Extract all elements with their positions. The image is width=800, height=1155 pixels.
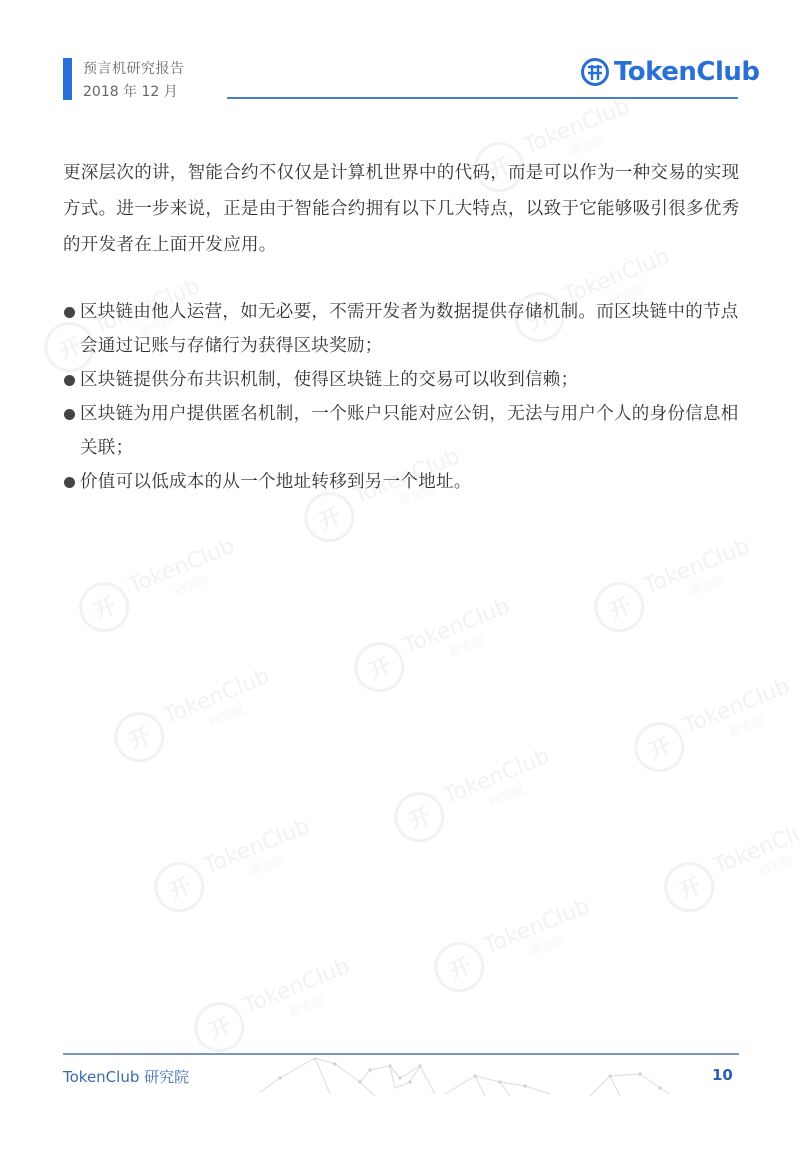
report-title: 预言机研究报告 xyxy=(83,58,185,78)
list-item: 区块链提供分布共识机制，使得区块链上的交易可以收到信赖； xyxy=(63,363,743,397)
watermark-logo-icon: 开 xyxy=(657,855,722,920)
content-body: 更深层次的讲，智能合约不仅仅是计算机世界中的代码，而是可以作为一种交易的实现方式… xyxy=(63,155,743,263)
watermark-logo-icon: 开 xyxy=(72,575,137,640)
list-item: 价值可以低成本的从一个地址转移到另一个地址。 xyxy=(63,465,743,499)
footer-divider xyxy=(63,1053,739,1055)
watermark-logo-icon: 开 xyxy=(107,705,172,770)
watermark-logo-icon: 开 xyxy=(347,635,412,700)
bullet-icon xyxy=(64,307,75,318)
watermark: 开 TokenClub研究院 xyxy=(187,950,361,1059)
page-number: 10 xyxy=(712,1066,733,1084)
watermark-logo-icon: 开 xyxy=(627,715,692,780)
header-accent-bar xyxy=(63,58,72,100)
list-item: 区块链为用户提供匿名机制，一个账户只能对应公钥，无法与用户个人的身份信息相关联； xyxy=(63,397,743,465)
watermark: 开 TokenClub研究院 xyxy=(427,890,601,999)
bullet-icon xyxy=(64,477,75,488)
network-decoration-icon xyxy=(260,1058,700,1098)
tokenclub-logo-icon xyxy=(580,57,610,87)
watermark: 开 TokenClub研究院 xyxy=(387,740,561,849)
feature-list: 区块链由他人运营，如无必要，不需开发者为数据提供存储机制。而区块链中的节点会通过… xyxy=(63,295,743,499)
watermark-logo-icon: 开 xyxy=(187,995,252,1060)
brand-logo: TokenClub xyxy=(580,57,760,87)
intro-paragraph: 更深层次的讲，智能合约不仅仅是计算机世界中的代码，而是可以作为一种交易的实现方式… xyxy=(63,155,743,263)
footer-org: TokenClub 研究院 xyxy=(63,1066,189,1087)
watermark-logo-icon: 开 xyxy=(147,855,212,920)
watermark: 开 TokenClub研究院 xyxy=(627,670,800,779)
watermark-logo-icon: 开 xyxy=(387,785,452,850)
watermark: 开 TokenClub研究院 xyxy=(72,530,246,639)
watermark: 开 TokenClub研究院 xyxy=(657,810,800,919)
watermark: 开 TokenClub研究院 xyxy=(107,660,281,769)
report-date: 2018 年 12 月 xyxy=(83,81,178,101)
list-item: 区块链由他人运营，如无必要，不需开发者为数据提供存储机制。而区块链中的节点会通过… xyxy=(63,295,743,363)
watermark-logo-icon: 开 xyxy=(587,575,652,640)
watermark: 开 TokenClub研究院 xyxy=(347,590,521,699)
brand-name: TokenClub xyxy=(614,57,760,87)
watermark-logo-icon: 开 xyxy=(427,935,492,1000)
watermark: 开 TokenClub研究院 xyxy=(587,530,761,639)
bullet-icon xyxy=(64,409,75,420)
header-divider xyxy=(227,97,738,99)
watermark: 开 TokenClub研究院 xyxy=(147,810,321,919)
bullet-icon xyxy=(64,375,75,386)
